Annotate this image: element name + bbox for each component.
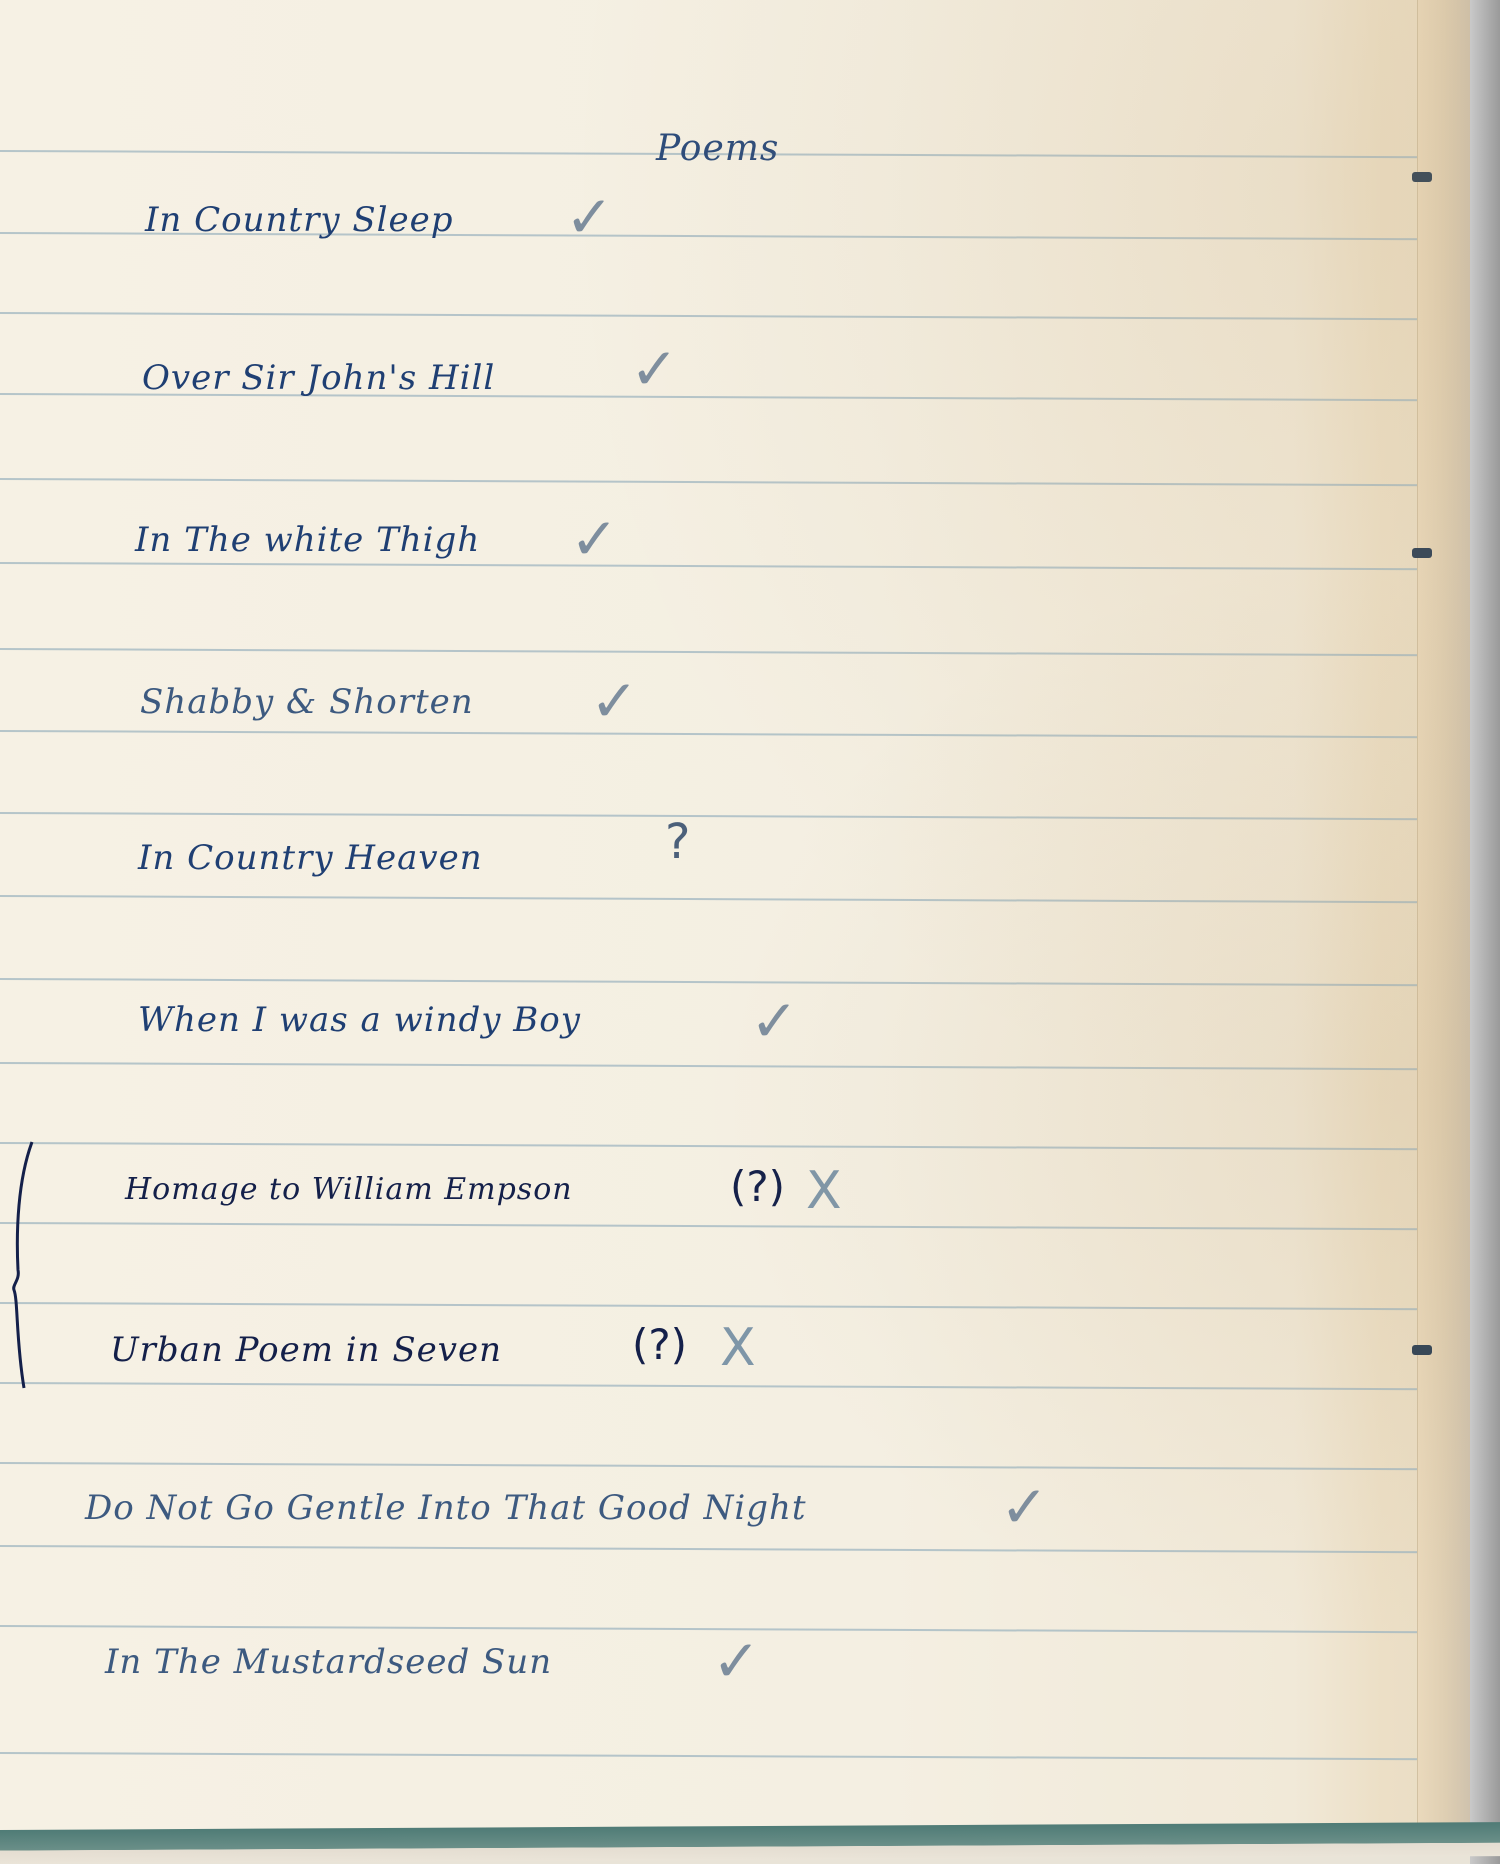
check-icon: ✓ <box>630 340 679 398</box>
ruled-line <box>0 1462 1440 1470</box>
check-icon: ✓ <box>570 510 619 568</box>
check-icon: ✓ <box>565 188 614 246</box>
list-item: Urban Poem in Seven <box>110 1330 502 1370</box>
ruled-line <box>0 1302 1440 1310</box>
ruled-line <box>0 1062 1440 1070</box>
bracket-icon <box>10 1140 38 1390</box>
ruled-line <box>0 1382 1440 1390</box>
ruled-line <box>0 648 1440 656</box>
ruled-line <box>0 312 1440 320</box>
ruled-line <box>0 1222 1440 1230</box>
list-item: Homage to William Empson <box>125 1172 573 1207</box>
list-item: In The white Thigh <box>135 520 480 560</box>
notebook-page: Poems In Country Sleep ✓ Over Sir John's… <box>0 0 1470 1838</box>
ruled-line <box>0 478 1440 486</box>
list-item: In The Mustardseed Sun <box>105 1642 552 1682</box>
torn-page-edge <box>1417 0 1470 1838</box>
check-icon: ✓ <box>712 1632 761 1690</box>
ruled-line <box>0 895 1440 903</box>
check-icon: ✓ <box>750 992 799 1050</box>
list-item: Shabby & Shorten <box>140 682 474 722</box>
ruled-line <box>0 1142 1440 1150</box>
ruled-line <box>0 1545 1440 1553</box>
check-icon: ✓ <box>590 672 639 730</box>
uncertain-annotation: (?) <box>730 1162 785 1211</box>
ruled-line <box>0 812 1440 820</box>
binding-stitch <box>1412 172 1432 182</box>
binding-stitch <box>1412 1345 1432 1355</box>
cross-icon: X <box>720 1322 756 1374</box>
list-item: In Country Sleep <box>145 200 454 240</box>
list-item: In Country Heaven <box>138 838 483 878</box>
list-item: When I was a windy Boy <box>138 1000 581 1040</box>
cross-icon: X <box>806 1165 842 1217</box>
ruled-line <box>0 562 1440 570</box>
check-icon: ✓ <box>1000 1478 1049 1536</box>
ruled-line <box>0 730 1440 738</box>
list-item: Do Not Go Gentle Into That Good Night <box>85 1488 807 1528</box>
list-item: Over Sir John's Hill <box>142 358 495 398</box>
ruled-line <box>0 978 1440 986</box>
uncertain-annotation: (?) <box>632 1320 687 1369</box>
page-heading: Poems <box>656 128 779 169</box>
binding-stitch <box>1412 548 1432 558</box>
ruled-line <box>0 1752 1440 1760</box>
notebook-cover <box>0 1822 1500 1864</box>
notebook-spine <box>1470 0 1500 1864</box>
question-mark-icon: ? <box>665 818 690 866</box>
